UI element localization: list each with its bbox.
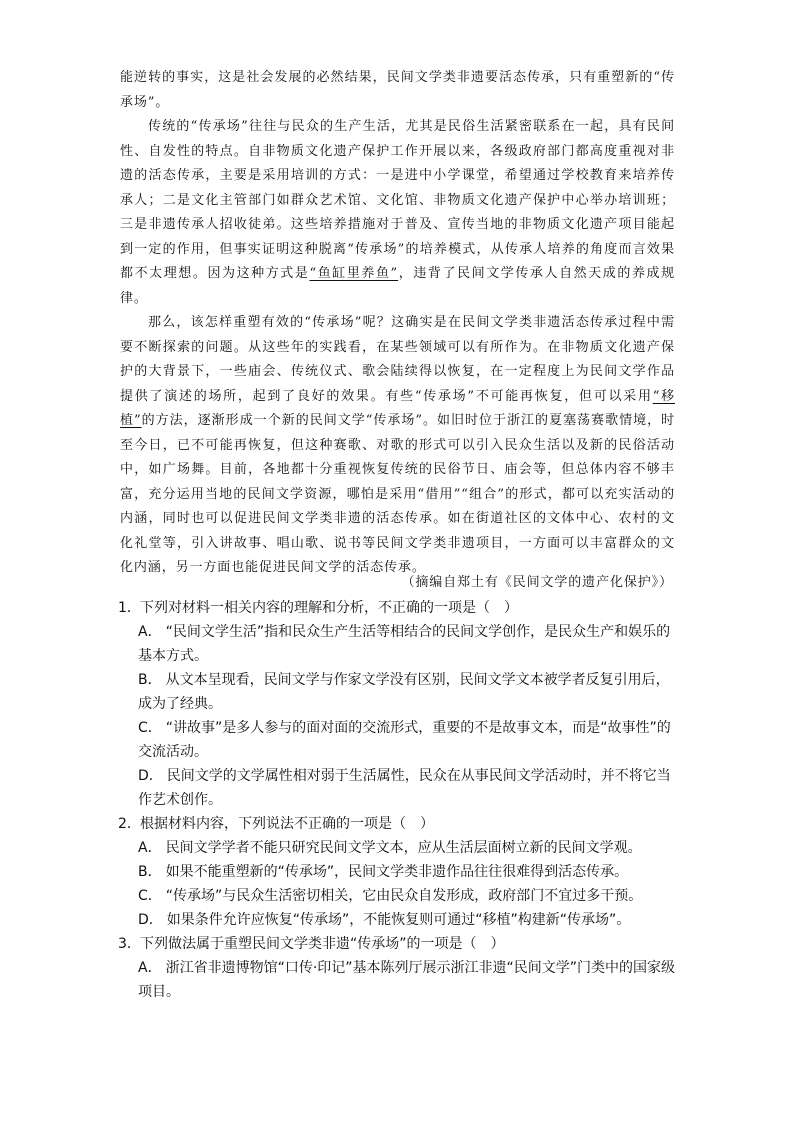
option-text: “传承场”与民众生活密切相关，它由民众自发形成，政府部门不宜过多干预。 <box>166 888 643 904</box>
question-number: 3． <box>118 932 140 956</box>
option-a: A．“民间文学生活”指和民众生产生活等相结合的民间文学创作，是民众生产和娱乐的基… <box>138 620 678 668</box>
passage-paragraph-2: 传统的“传承场”往往与民众的生产生活，尤其是民俗生活紧密联系在一起，具有民间性、… <box>120 115 675 311</box>
reading-passage: 能逆转的事实，这是社会发展的必然结果，民间文学类非遗要活态传承，只有重塑新的“传… <box>120 66 675 581</box>
passage-text: 那么，该怎样重塑有效的“传承场”呢？这确实是在民间文学类非遗活态传承过程中需要不… <box>120 315 675 404</box>
source-citation: （摘编自郑土有《民间文学的遗产化保护》） <box>120 573 673 593</box>
option-label: A． <box>138 624 162 640</box>
question-3: 3． 下列做法属于重塑民间文学类非遗“传承场”的一项是（ ） A．浙江省非遗博物… <box>118 932 678 1004</box>
question-2: 2． 根据材料内容，下列说法不正确的一项是（ ） A．民间文学学者不能只研究民间… <box>118 812 678 932</box>
option-label: A． <box>138 840 162 856</box>
question-stem: 2． 根据材料内容，下列说法不正确的一项是（ ） <box>118 812 678 836</box>
passage-paragraph-3: 那么，该怎样重塑有效的“传承场”呢？这确实是在民间文学类非遗活态传承过程中需要不… <box>120 311 675 581</box>
question-1: 1． 下列对材料一相关内容的理解和分析，不正确的一项是（ ） A．“民间文学生活… <box>118 596 678 812</box>
passage-paragraph-1: 能逆转的事实，这是社会发展的必然结果，民间文学类非遗要活态传承，只有重塑新的“传… <box>120 66 675 115</box>
question-number: 2． <box>118 812 140 836</box>
option-c: C．“传承场”与民众生活密切相关，它由民众自发形成，政府部门不宜过多干预。 <box>138 884 678 908</box>
option-a: A．民间文学学者不能只研究民间文学文本，应从生活层面树立新的民间文学观。 <box>138 836 678 860</box>
question-stem: 3． 下列做法属于重塑民间文学类非遗“传承场”的一项是（ ） <box>118 932 678 956</box>
question-list: 1． 下列对材料一相关内容的理解和分析，不正确的一项是（ ） A．“民间文学生活… <box>118 596 678 1004</box>
option-list: A．浙江省非遗博物馆“口传·印记”基本陈列厅展示浙江非遗“民间文学”门类中的国家… <box>138 956 678 1004</box>
option-text: 如果不能重塑新的“传承场”，民间文学类非遗作品往往很难得到活态传承。 <box>166 864 629 880</box>
question-stem: 1． 下列对材料一相关内容的理解和分析，不正确的一项是（ ） <box>118 596 678 620</box>
option-text: 民间文学的文学属性相对弱于生活属性，民众在从事民间文学活动时，并不将它当作艺术创… <box>138 768 671 808</box>
question-number: 1． <box>118 596 140 620</box>
passage-text: 的方法，逐渐形成一个新的民间文学“传承场”。如旧时位于浙江的夏塞荡赛歌情境，时至… <box>120 413 675 575</box>
option-label: D． <box>138 768 163 784</box>
passage-text: 传统的“传承场”往往与民众的生产生活，尤其是民俗生活紧密联系在一起，具有民间性、… <box>120 119 675 281</box>
option-list: A．“民间文学生活”指和民众生产生活等相结合的民间文学创作，是民众生产和娱乐的基… <box>138 620 678 812</box>
option-d: D．民间文学的文学属性相对弱于生活属性，民众在从事民间文学活动时，并不将它当作艺… <box>138 764 678 812</box>
option-label: A． <box>138 960 162 976</box>
question-text: 下列对材料一相关内容的理解和分析，不正确的一项是（ ） <box>140 596 678 620</box>
option-text: “民间文学生活”指和民众生产生活等相结合的民间文学创作，是民众生产和娱乐的基本方… <box>138 624 670 664</box>
option-a: A．浙江省非遗博物馆“口传·印记”基本陈列厅展示浙江非遗“民间文学”门类中的国家… <box>138 956 678 1004</box>
option-label: B． <box>138 672 162 688</box>
option-b: B．如果不能重塑新的“传承场”，民间文学类非遗作品往往很难得到活态传承。 <box>138 860 678 884</box>
option-label: D． <box>138 912 163 928</box>
option-list: A．民间文学学者不能只研究民间文学文本，应从生活层面树立新的民间文学观。 B．如… <box>138 836 678 932</box>
passage-text: 能逆转的事实，这是社会发展的必然结果，民间文学类非遗要活态传承，只有重塑新的“传… <box>120 70 675 110</box>
option-label: B． <box>138 864 162 880</box>
option-text: 民间文学学者不能只研究民间文学文本，应从生活层面树立新的民间文学观。 <box>166 840 642 856</box>
option-d: D．如果条件允许应恢复“传承场”，不能恢复则可通过“移植”构建新“传承场”。 <box>138 908 678 932</box>
question-text: 下列做法属于重塑民间文学类非遗“传承场”的一项是（ ） <box>140 932 678 956</box>
option-c: C．“讲故事”是多人参与的面对面的交流形式，重要的不是故事文本，而是“故事性”的… <box>138 716 678 764</box>
option-text: 浙江省非遗博物馆“口传·印记”基本陈列厅展示浙江非遗“民间文学”门类中的国家级项… <box>138 960 675 1000</box>
question-text: 根据材料内容，下列说法不正确的一项是（ ） <box>140 812 678 836</box>
option-text: “讲故事”是多人参与的面对面的交流形式，重要的不是故事文本，而是“故事性”的交流… <box>138 720 671 760</box>
document-page: 能逆转的事实，这是社会发展的必然结果，民间文学类非遗要活态传承，只有重塑新的“传… <box>0 0 793 1123</box>
option-label: C． <box>138 888 162 904</box>
underlined-phrase: “鱼缸里养鱼” <box>309 266 398 281</box>
option-text: 如果条件允许应恢复“传承场”，不能恢复则可通过“移植”构建新“传承场”。 <box>167 912 631 928</box>
option-b: B．从文本呈现看，民间文学与作家文学没有区别，民间文学文本被学者反复引用后，成为… <box>138 668 678 716</box>
option-text: 从文本呈现看，民间文学与作家文学没有区别，民间文学文本被学者反复引用后，成为了经… <box>138 672 670 712</box>
option-label: C． <box>138 720 162 736</box>
